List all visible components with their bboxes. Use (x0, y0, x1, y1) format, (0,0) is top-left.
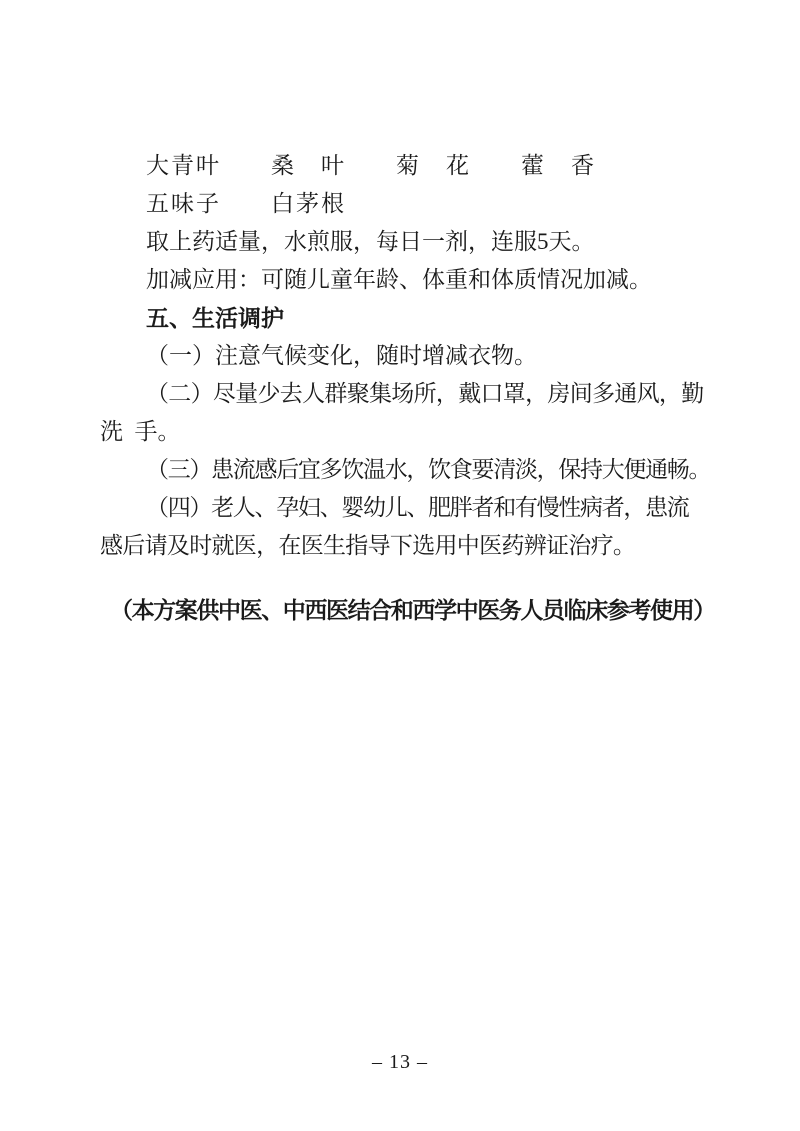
list-item-4-line-1: （四）老人、孕妇、婴幼儿、肥胖者和有慢性病者，患流 (100, 489, 720, 527)
herb-list-row-1: 大青叶 桑 叶 菊 花 藿 香 (100, 147, 720, 185)
list-item-2-line-1: （二）尽量少去人群聚集场所，戴口罩，房间多通风，勤 (100, 375, 720, 413)
herb-list-row-2: 五味子 白茅根 (100, 185, 720, 223)
document-content: 大青叶 桑 叶 菊 花 藿 香 五味子 白茅根 取上药适量，水煎服，每日一剂，连… (100, 147, 720, 630)
footer-note: （本方案供中医、中西医结合和西学中医务人员临床参考使用） (110, 592, 720, 630)
list-item-2-line-2: 洗 手。 (100, 413, 720, 451)
page-number: – 13 – (0, 1050, 800, 1074)
dosage-instruction: 取上药适量，水煎服，每日一剂，连服5天。 (100, 223, 720, 261)
adjustment-instruction: 加减应用：可随儿童年龄、体重和体质情况加减。 (100, 261, 720, 299)
list-item-1: （一）注意气候变化，随时增减衣物。 (100, 337, 720, 375)
section-heading-life-care: 五、生活调护 (100, 299, 720, 337)
list-item-4-line-2: 感后请及时就医，在医生指导下选用中医药辨证治疗。 (100, 527, 720, 565)
document-page: 大青叶 桑 叶 菊 花 藿 香 五味子 白茅根 取上药适量，水煎服，每日一剂，连… (0, 0, 800, 1131)
list-item-3: （三）患流感后宜多饮温水，饮食要清淡，保持大便通畅。 (100, 451, 720, 489)
